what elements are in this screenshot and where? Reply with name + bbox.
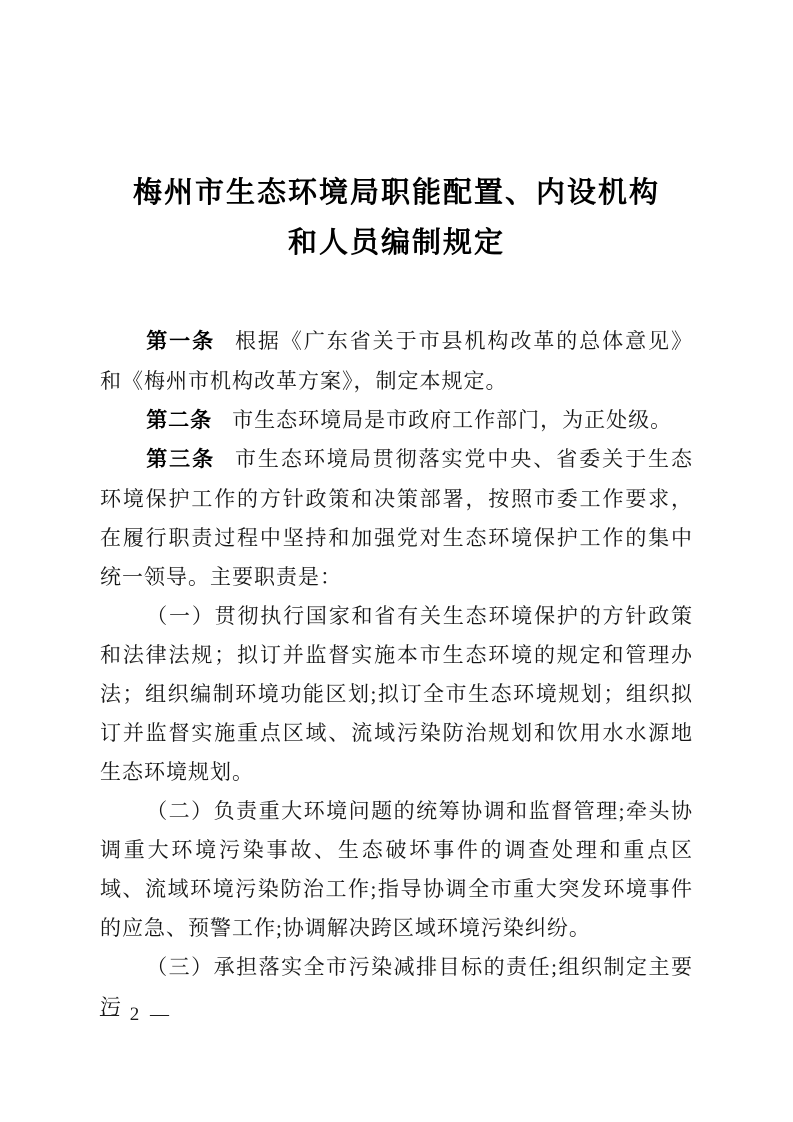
page-content: 梅州市生态环境局职能配置、内设机构 和人员编制规定 第一条根据《广东省关于市县机…	[0, 0, 793, 1026]
paragraph-article-2: 第二条市生态环境局是市政府工作部门，为正处级。	[100, 401, 693, 441]
article-3-number: 第三条	[146, 448, 215, 471]
paragraph-duty-3: （三）承担落实全市污染减排目标的责任;组织制定主要污	[100, 948, 693, 1027]
duty-2-text: （二）负责重大环境问题的统筹协调和监督管理;牵头协调重大环境污染事故、生态破坏事…	[100, 799, 693, 940]
document-page: 梅州市生态环境局职能配置、内设机构 和人员编制规定 第一条根据《广东省关于市县机…	[0, 0, 793, 1122]
duty-3-text: （三）承担落实全市污染减排目标的责任;组织制定主要污	[100, 955, 693, 1019]
document-title-line-1: 梅州市生态环境局职能配置、内设机构	[100, 168, 693, 218]
paragraph-article-1: 第一条根据《广东省关于市县机构改革的总体意见》和《梅州市机构改革方案》，制定本规…	[100, 322, 693, 401]
paragraph-article-3: 第三条市生态环境局贯彻落实党中央、省委关于生态环境保护工作的方针政策和决策部署，…	[100, 440, 693, 596]
document-title: 梅州市生态环境局职能配置、内设机构 和人员编制规定	[100, 168, 693, 268]
document-body: 第一条根据《广东省关于市县机构改革的总体意见》和《梅州市机构改革方案》，制定本规…	[100, 322, 693, 1026]
paragraph-duty-2: （二）负责重大环境问题的统筹协调和监督管理;牵头协调重大环境污染事故、生态破坏事…	[100, 792, 693, 948]
document-title-line-2: 和人员编制规定	[100, 218, 693, 268]
article-1-number: 第一条	[146, 330, 215, 353]
article-2-number: 第二条	[146, 409, 212, 432]
duty-1-text: （一）贯彻执行国家和省有关生态环境保护的方针政策和法律法规；拟订并监督实施本市生…	[100, 604, 693, 784]
page-number: — 2 —	[100, 1004, 172, 1026]
paragraph-duty-1: （一）贯彻执行国家和省有关生态环境保护的方针政策和法律法规；拟订并监督实施本市生…	[100, 597, 693, 792]
article-2-text: 市生态环境局是市政府工作部门，为正处级。	[232, 408, 672, 432]
